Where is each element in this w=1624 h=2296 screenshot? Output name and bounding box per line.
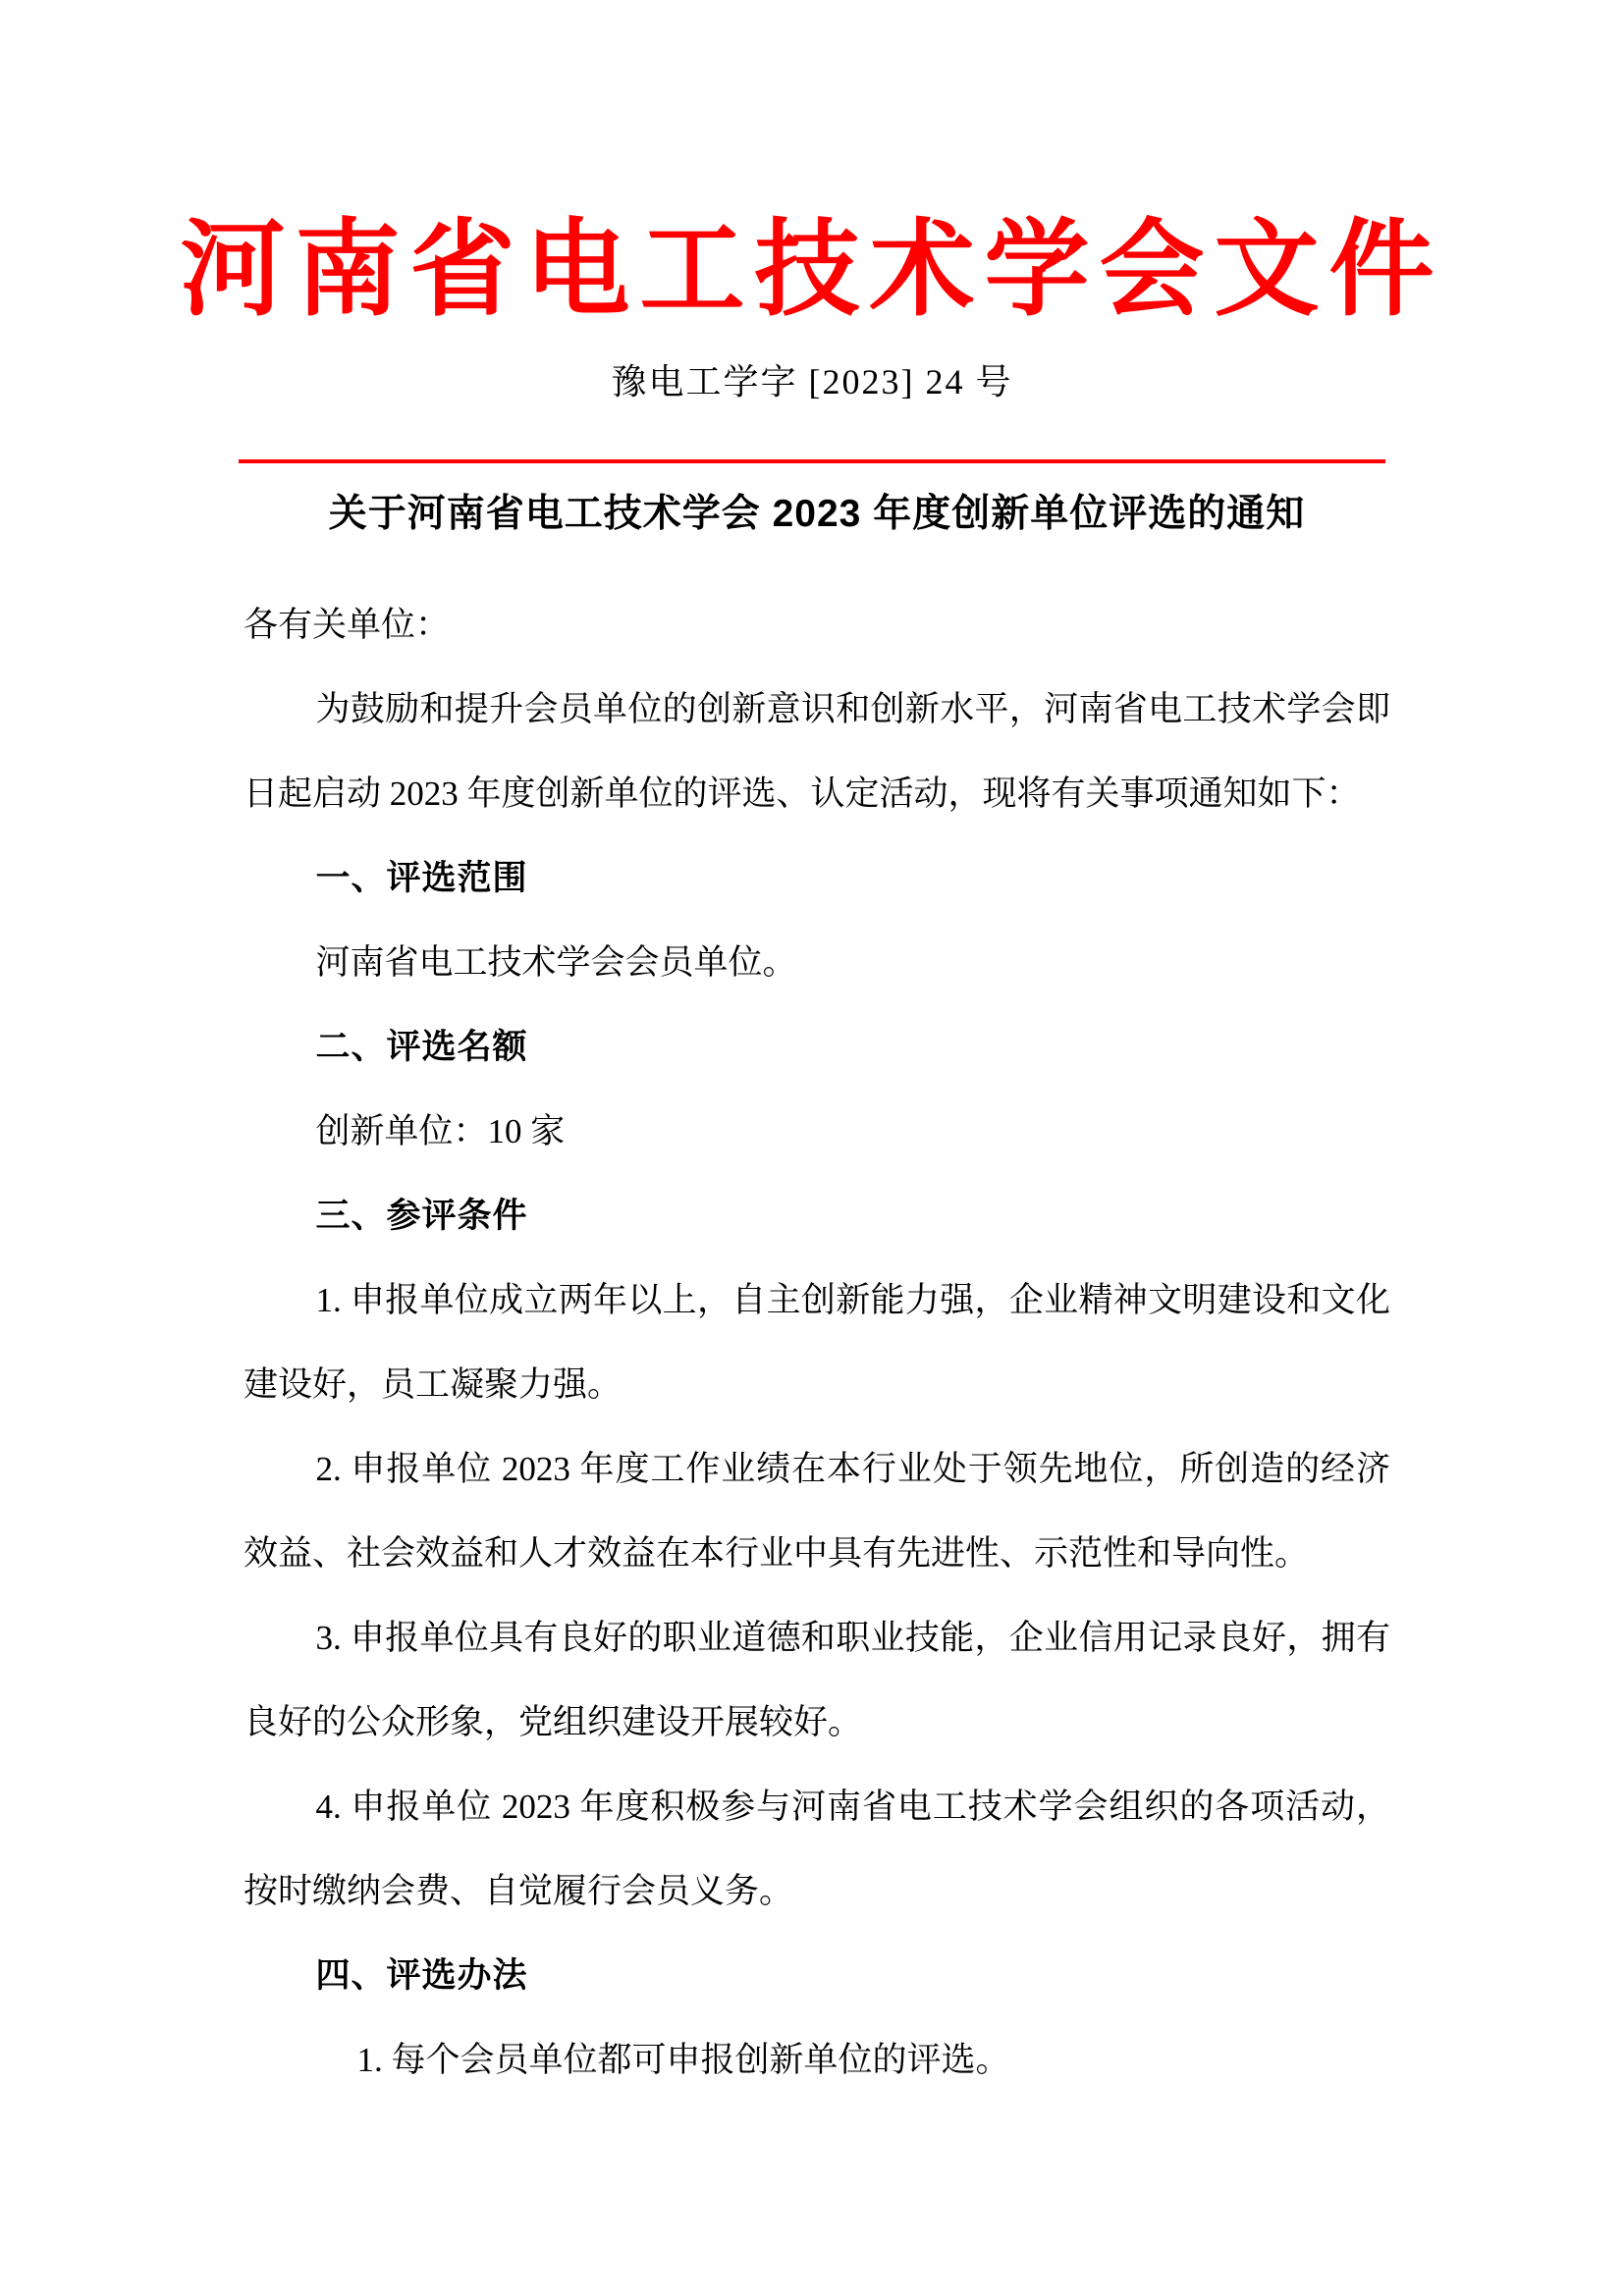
section-heading-scope: 一、评选范围 [244,836,1390,921]
section-quota-paragraph: 创新单位：10 家 [244,1090,1390,1174]
section-heading-quota: 二、评选名额 [244,1005,1390,1090]
condition-item-3: 3. 申报单位具有良好的职业道德和职业技能，企业信用记录良好，拥有良好的公众形象… [244,1596,1390,1765]
section-heading-method: 四、评选办法 [244,1934,1390,2018]
document-page: 河南省电工技术学会文件 豫电工学字 [2023] 24 号 关于河南省电工技术学… [0,0,1624,2296]
intro-paragraph: 为鼓励和提升会员单位的创新意识和创新水平，河南省电工技术学会即日起启动 2023… [244,667,1390,836]
salutation: 各有关单位： [244,583,1390,667]
method-item-1: 1. 每个会员单位都可申报创新单位的评选。 [244,2018,1390,2103]
doc-number: 豫电工学字 [2023] 24 号 [0,361,1624,403]
notice-title: 关于河南省电工技术学会 2023 年度创新单位评选的通知 [244,491,1390,538]
section-heading-conditions: 三、参评条件 [244,1174,1390,1258]
section-scope-paragraph: 河南省电工技术学会会员单位。 [244,921,1390,1005]
org-title: 河南省电工技术学会文件 [0,211,1624,332]
condition-item-1: 1. 申报单位成立两年以上，自主创新能力强，企业精神文明建设和文化建设好，员工凝… [244,1258,1390,1427]
red-divider-line [239,459,1385,463]
notice-body: 关于河南省电工技术学会 2023 年度创新单位评选的通知 各有关单位： 为鼓励和… [244,491,1390,2103]
condition-item-4: 4. 申报单位 2023 年度积极参与河南省电工技术学会组织的各项活动，按时缴纳… [244,1765,1390,1934]
condition-item-2: 2. 申报单位 2023 年度工作业绩在本行业处于领先地位，所创造的经济效益、社… [244,1427,1390,1596]
